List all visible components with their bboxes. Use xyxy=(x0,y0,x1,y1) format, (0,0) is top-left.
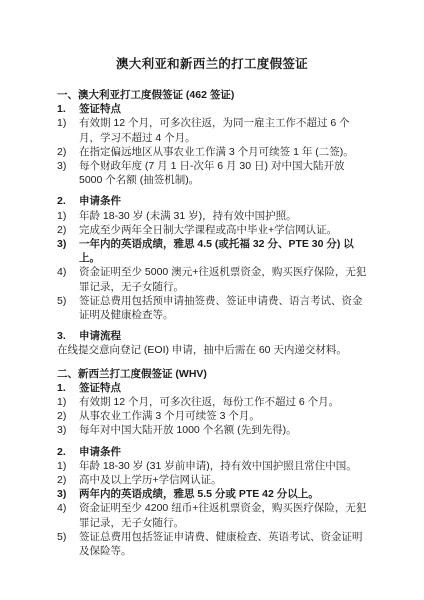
document-body: 一、澳大利亚打工度假签证 (462 签证)1.签证特点1)有效期 12 个月，可… xyxy=(57,88,367,558)
subsection-number: 3. xyxy=(57,329,79,343)
list-item: 1)年龄 18-30 岁 (未满 31 岁)，持有效中国护照。 xyxy=(57,209,367,223)
list-item: 1)有效期 12 个月，可多次往返，为同一雇主工作不超过 6 个月，学习不超过 … xyxy=(57,116,367,144)
item-marker: 2) xyxy=(57,473,79,487)
item-marker: 1) xyxy=(57,459,79,473)
list-item: 5)签证总费用包括预申请抽签费、签证申请费、语言考试、资金证明及健康检查等。 xyxy=(57,294,367,322)
item-text: 每个财政年度 (7 月 1 日-次年 6 月 30 日) 对中国大陆开放 500… xyxy=(79,159,367,187)
item-marker: 2) xyxy=(57,223,79,237)
subsection: 2.申请条件1)年龄 18-30 岁 (未满 31 岁)，持有效中国护照。2)完… xyxy=(57,194,367,322)
list-item: 4)资金证明至少 5000 澳元+往返机票资金，购买医疗保险，无犯罪记录，无子女… xyxy=(57,265,367,293)
subsection-number: 1. xyxy=(57,102,79,116)
paragraph: 在线提交意向登记 (EOI) 申请，抽中后需在 60 天内递交材料。 xyxy=(57,343,367,357)
subsection-heading: 1.签证特点 xyxy=(57,102,367,116)
list-item: 2)完成至少两年全日制大学课程或高中毕业+学信网认证。 xyxy=(57,223,367,237)
item-marker: 3) xyxy=(57,159,79,187)
item-text: 在指定偏远地区从事农业工作满 3 个月可续签 1 年 (二签)。 xyxy=(79,145,367,159)
item-marker: 4) xyxy=(57,501,79,529)
item-marker: 3) xyxy=(57,487,79,501)
subsection-heading: 1.签证特点 xyxy=(57,381,367,395)
item-marker: 5) xyxy=(57,530,79,558)
item-text: 签证总费用包括签证申请费、健康检查、英语考试、资金证明及保险等。 xyxy=(79,530,367,558)
document-page: 澳大利亚和新西兰的打工度假签证 一、澳大利亚打工度假签证 (462 签证)1.签… xyxy=(0,0,424,600)
subsection-heading: 2.申请条件 xyxy=(57,194,367,208)
item-marker: 3) xyxy=(57,237,79,265)
list-item: 3)每年对中国大陆开放 1000 个名额 (先到先得)。 xyxy=(57,423,367,437)
item-text: 有效期 12 个月，可多次往返，为同一雇主工作不超过 6 个月，学习不超过 4 … xyxy=(79,116,367,144)
subsection-label: 申请流程 xyxy=(79,329,367,343)
document-title: 澳大利亚和新西兰的打工度假签证 xyxy=(57,56,367,72)
list-item: 3)一年内的英语成绩，雅思 4.5 (或托福 32 分、PTE 30 分) 以上… xyxy=(57,237,367,265)
item-text: 完成至少两年全日制大学课程或高中毕业+学信网认证。 xyxy=(79,223,367,237)
list-item: 2)高中及以上学历+学信网认证。 xyxy=(57,473,367,487)
item-text: 年龄 18-30 岁 (未满 31 岁)，持有效中国护照。 xyxy=(79,209,367,223)
subsection-heading: 3.申请流程 xyxy=(57,329,367,343)
list-item: 5)签证总费用包括签证申请费、健康检查、英语考试、资金证明及保险等。 xyxy=(57,530,367,558)
item-marker: 2) xyxy=(57,145,79,159)
item-text: 年龄 18-30 岁 (31 岁前申请)，持有效中国护照且常住中国。 xyxy=(79,459,367,473)
subsection: 1.签证特点1)有效期 12 个月，可多次往返，为同一雇主工作不超过 6 个月，… xyxy=(57,102,367,187)
list-item: 2)在指定偏远地区从事农业工作满 3 个月可续签 1 年 (二签)。 xyxy=(57,145,367,159)
item-marker: 5) xyxy=(57,294,79,322)
item-text: 一年内的英语成绩，雅思 4.5 (或托福 32 分、PTE 30 分) 以上。 xyxy=(79,237,367,265)
item-text: 有效期 12 个月，可多次往返，每份工作不超过 6 个月。 xyxy=(79,395,367,409)
subsection-heading: 2.申请条件 xyxy=(57,445,367,459)
item-text: 签证总费用包括预申请抽签费、签证申请费、语言考试、资金证明及健康检查等。 xyxy=(79,294,367,322)
item-text: 从事农业工作满 3 个月可续签 3 个月。 xyxy=(79,409,367,423)
item-marker: 1) xyxy=(57,209,79,223)
subsection: 2.申请条件1)年龄 18-30 岁 (31 岁前申请)，持有效中国护照且常住中… xyxy=(57,445,367,559)
item-marker: 2) xyxy=(57,409,79,423)
subsection-label: 申请条件 xyxy=(79,445,367,459)
item-text: 资金证明至少 5000 澳元+往返机票资金，购买医疗保险，无犯罪记录，无子女随行… xyxy=(79,265,367,293)
subsection-number: 1. xyxy=(57,381,79,395)
item-marker: 1) xyxy=(57,395,79,409)
list-item: 3)每个财政年度 (7 月 1 日-次年 6 月 30 日) 对中国大陆开放 5… xyxy=(57,159,367,187)
list-item: 2)从事农业工作满 3 个月可续签 3 个月。 xyxy=(57,409,367,423)
list-item: 1)年龄 18-30 岁 (31 岁前申请)，持有效中国护照且常住中国。 xyxy=(57,459,367,473)
section-heading: 二、新西兰打工度假签证 (WHV) xyxy=(57,367,367,381)
list-item: 1)有效期 12 个月，可多次往返，每份工作不超过 6 个月。 xyxy=(57,395,367,409)
subsection: 3.申请流程在线提交意向登记 (EOI) 申请，抽中后需在 60 天内递交材料。 xyxy=(57,329,367,357)
subsection-label: 签证特点 xyxy=(79,381,367,395)
section: 一、澳大利亚打工度假签证 (462 签证)1.签证特点1)有效期 12 个月，可… xyxy=(57,88,367,358)
subsection-number: 2. xyxy=(57,194,79,208)
subsection: 1.签证特点1)有效期 12 个月，可多次往返，每份工作不超过 6 个月。2)从… xyxy=(57,381,367,438)
item-text: 高中及以上学历+学信网认证。 xyxy=(79,473,367,487)
section: 二、新西兰打工度假签证 (WHV)1.签证特点1)有效期 12 个月，可多次往返… xyxy=(57,367,367,559)
subsection-label: 签证特点 xyxy=(79,102,367,116)
list-item: 3)两年内的英语成绩，雅思 5.5 分或 PTE 42 分以上。 xyxy=(57,487,367,501)
list-item: 4)资金证明至少 4200 纽币+往返机票资金，购买医疗保险，无犯罪记录，无子女… xyxy=(57,501,367,529)
item-marker: 1) xyxy=(57,116,79,144)
item-marker: 3) xyxy=(57,423,79,437)
subsection-label: 申请条件 xyxy=(79,194,367,208)
subsection-number: 2. xyxy=(57,445,79,459)
item-text: 两年内的英语成绩，雅思 5.5 分或 PTE 42 分以上。 xyxy=(79,487,367,501)
item-text: 每年对中国大陆开放 1000 个名额 (先到先得)。 xyxy=(79,423,367,437)
item-marker: 4) xyxy=(57,265,79,293)
section-heading: 一、澳大利亚打工度假签证 (462 签证) xyxy=(57,88,367,102)
item-text: 资金证明至少 4200 纽币+往返机票资金，购买医疗保险，无犯罪记录，无子女随行… xyxy=(79,501,367,529)
